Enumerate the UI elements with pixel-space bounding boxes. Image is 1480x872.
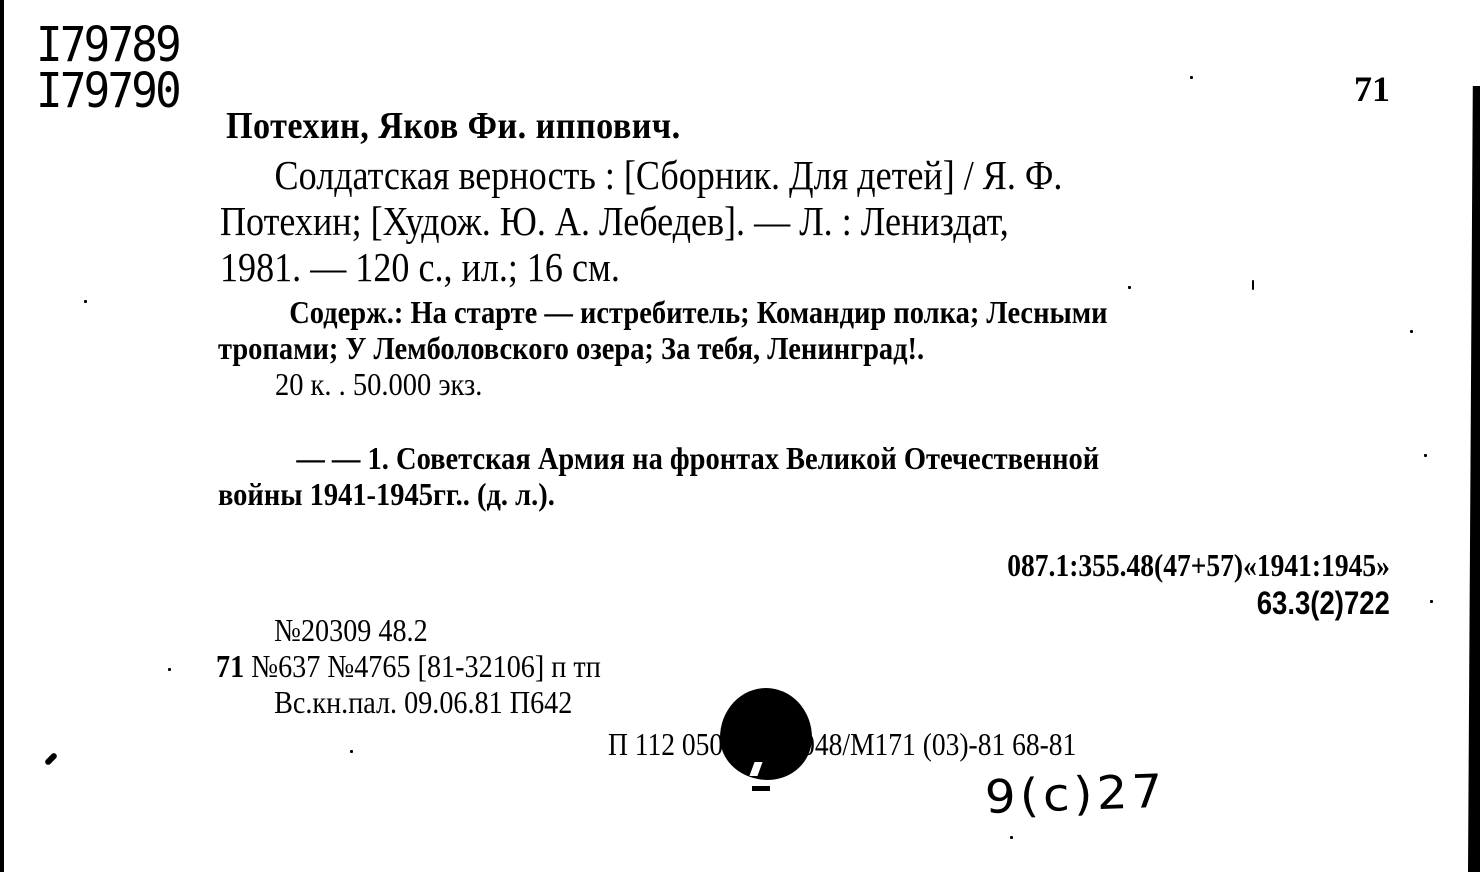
bbk-code: 63.3(2)722 [1007,584,1390,622]
inventory-numbers: I79789 I79790 [36,22,179,114]
punch-hole [720,688,812,780]
scan-speck [84,300,87,303]
handwritten-shelfmark: 9(c)27 [984,764,1167,824]
inventory-number: I79790 [36,68,179,114]
scan-speck [1410,330,1413,333]
print-code: П 112 05030202-048/М171 (03)-81 68-81 [608,726,1076,762]
chamber-date: Вс.кн.пал. 09.06.81 П642 [216,684,601,720]
author-heading: Потехин, Яков Фи. иппович. [226,104,681,148]
scan-edge-left [0,0,4,872]
registration-numbers: №637 №4765 [81-32106] п тп [251,648,601,684]
responsibility-line: Потехин; [Худож. Ю. А. Лебедев]. — Л. : … [220,198,1390,244]
scan-speck [44,752,58,766]
physical-description-line: 1981. — 120 с., ил.; 16 см. [220,244,1390,290]
scan-speck [1430,600,1433,603]
contents-note: Содерж.: На старте — истребитель; Команд… [218,294,1388,402]
technical-data: №20309 48.2 71 №637 №4765 [81-32106] п т… [216,612,601,720]
scan-speck [168,668,171,671]
scan-speck [350,750,353,753]
scan-edge-right [1468,86,1480,872]
catalog-card: I79789 I79790 71 Потехин, Яков Фи. иппов… [0,0,1480,872]
order-number: №20309 48.2 [216,612,601,648]
punch-hole-mark [752,786,770,791]
bibliographic-description: Солдатская верность : [Сборник. Для дете… [220,152,1390,290]
contents-line: Содерж.: На старте — истребитель; Команд… [218,294,1388,330]
title-line: Солдатская верность : [Сборник. Для дете… [220,152,1390,198]
scan-speck [1190,76,1193,79]
inventory-number: I79789 [36,22,179,68]
subject-heading: — — 1. Советская Армия на фронтах Велико… [218,440,1388,512]
scan-speck [1010,836,1013,839]
card-number: 71 [1354,68,1390,110]
price-circulation: 20 к. . 50.000 экз. [218,366,1388,402]
subject-line: — — 1. Советская Армия на фронтах Велико… [218,440,1388,476]
scan-speck [1252,280,1254,290]
classification-codes: 087.1:355.48(47+57)«1941:1945» 63.3(2)72… [1007,546,1390,622]
contents-line: тропами; У Лемболовского озера; За тебя,… [218,330,1388,366]
scan-speck [1424,454,1427,457]
subject-line: войны 1941-1945гг.. (д. л.). [218,476,1388,512]
udc-code: 087.1:355.48(47+57)«1941:1945» [1007,546,1390,584]
card-number-prefix: 71 [216,648,244,684]
scan-speck [1128,286,1131,289]
